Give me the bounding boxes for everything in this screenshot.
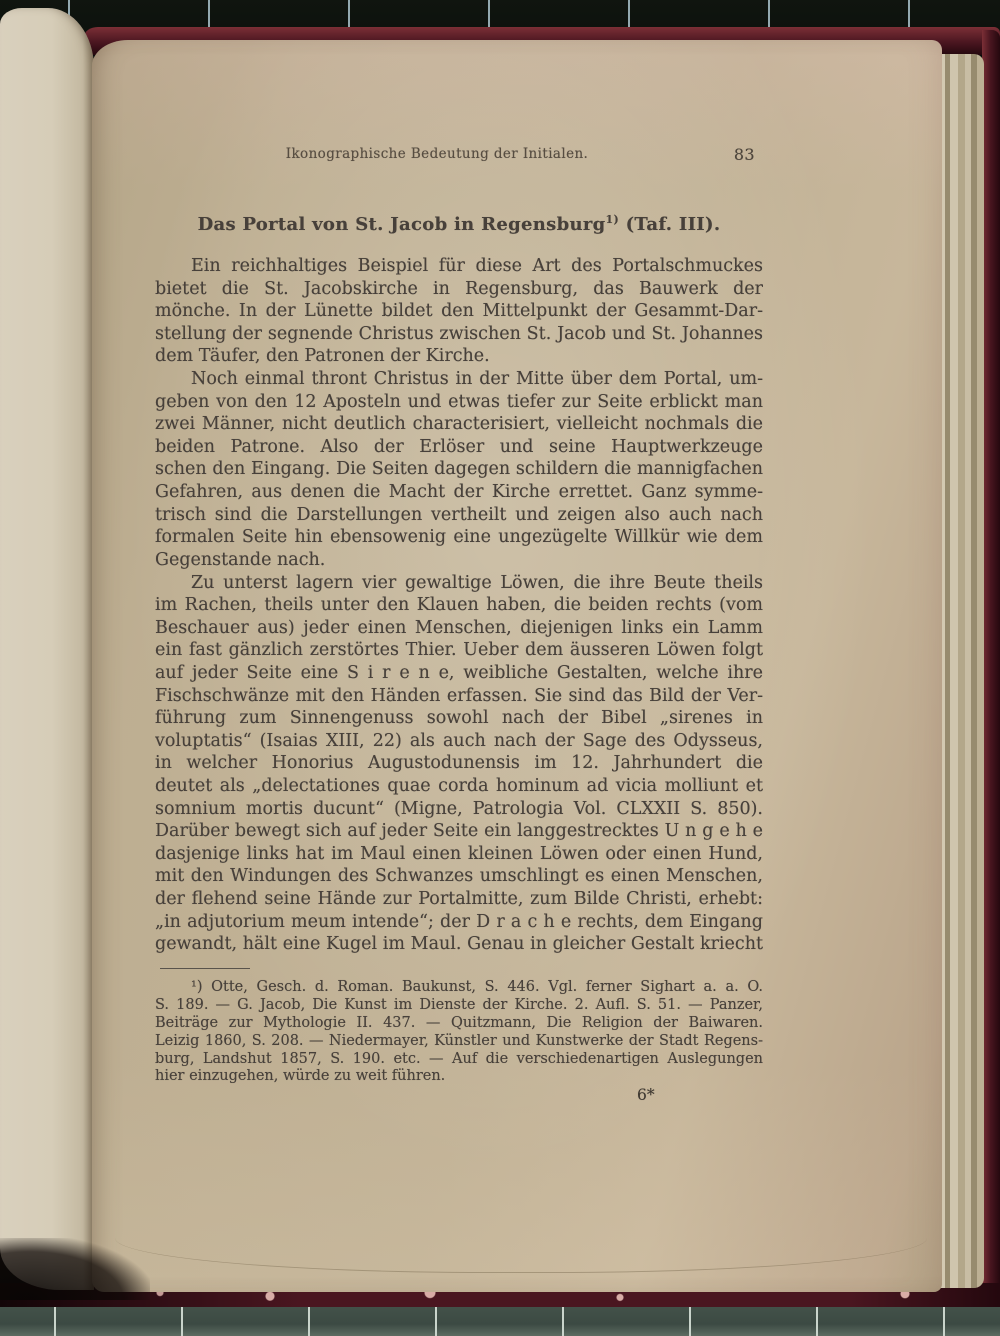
text-line: mit den Windungen des Schwanzes umschlin…: [155, 865, 763, 888]
signature-mark: 6*: [637, 1086, 655, 1104]
bottom-left-shadow: [0, 1238, 150, 1300]
printed-text: Ikonographische Bedeutung der Initialen.…: [155, 0, 763, 1336]
footnote-marker: 1): [606, 213, 619, 226]
text-line: hier einzugehen, würde zu weit führen.: [155, 1068, 763, 1086]
text-line: somnium mortis ducunt“ (Migne, Patrologi…: [155, 798, 763, 821]
text-line: zwei Männer, nicht deutlich characterisi…: [155, 413, 763, 436]
book-cover-right-edge: [982, 30, 1000, 1302]
text-line: Darüber bewegt sich auf jeder Seite ein …: [155, 820, 763, 843]
text-line: S. 189. — G. Jacob, Die Kunst im Dienste…: [155, 997, 763, 1015]
text-line: gewandt, hält eine Kugel im Maul. Genau …: [155, 933, 763, 956]
section-title-tail: (Taf. III).: [619, 214, 720, 235]
footnote-text: ¹) Otte, Gesch. d. Roman. Baukunst, S. 4…: [155, 979, 763, 1086]
text-line: beiden Patrone. Also der Erlöser und sei…: [155, 436, 763, 459]
text-line: stellung der segnende Christus zwischen …: [155, 323, 763, 346]
text-line: Noch einmal thront Christus in der Mitte…: [155, 368, 763, 391]
text-line: Zu unterst lagern vier gewaltige Löwen, …: [155, 572, 763, 595]
text-line: Beiträge zur Mythologie II. 437. — Quitz…: [155, 1015, 763, 1033]
text-line: Leizig 1860, S. 208. — Niedermayer, Küns…: [155, 1033, 763, 1051]
text-line: dasjenige links hat im Maul einen kleine…: [155, 843, 763, 866]
facing-page: [0, 8, 94, 1290]
text-line: mönche. In der Lünette bildet den Mittel…: [155, 300, 763, 323]
text-line: „in adjutorium meum intende“; der D r a …: [155, 911, 763, 934]
text-line: geben von den 12 Aposteln und etwas tief…: [155, 391, 763, 414]
text-line: formalen Seite hin ebensowenig eine unge…: [155, 526, 763, 549]
book-photo: Ikonographische Bedeutung der Initialen.…: [0, 0, 1000, 1336]
text-line: der flehend seine Hände zur Portalmitte,…: [155, 888, 763, 911]
text-line: bietet die St. Jacobskirche in Regensbur…: [155, 278, 763, 301]
text-line: burg, Landshut 1857, S. 190. etc. — Auf …: [155, 1051, 763, 1069]
section-title-text: Das Portal von St. Jacob in Regensburg: [198, 214, 606, 235]
text-line: trisch sind die Darstellungen vertheilt …: [155, 504, 763, 527]
text-line: Gegenstande nach.: [155, 549, 763, 572]
text-line: Gefahren, aus denen die Macht der Kirche…: [155, 481, 763, 504]
text-line: in welcher Honorius Augustodunensis im 1…: [155, 752, 763, 775]
text-line: dem Täufer, den Patronen der Kirche.: [155, 345, 763, 368]
page-edge-stack: [938, 54, 984, 1288]
text-line: voluptatis“ (Isaias XIII, 22) als auch n…: [155, 730, 763, 753]
running-head: Ikonographische Bedeutung der Initialen.…: [155, 146, 763, 168]
page-number: 83: [734, 145, 755, 164]
text-line: im Rachen, theils unter den Klauen haben…: [155, 594, 763, 617]
text-line: ein fast gänzlich zerstörtes Thier. Uebe…: [155, 639, 763, 662]
section-title: Das Portal von St. Jacob in Regensburg1)…: [155, 214, 763, 235]
text-line: ¹) Otte, Gesch. d. Roman. Baukunst, S. 4…: [155, 979, 763, 997]
text-line: Fischschwänze mit den Händen erfassen. S…: [155, 685, 763, 708]
text-line: schen den Eingang. Die Seiten dagegen sc…: [155, 458, 763, 481]
body-text: Ein reichhaltiges Beispiel für diese Art…: [155, 255, 763, 956]
text-line: Beschauer aus) jeder einen Menschen, die…: [155, 617, 763, 640]
text-line: führung zum Sinnengenuss sowohl nach der…: [155, 707, 763, 730]
text-line: auf jeder Seite eine S i r e n e, weibli…: [155, 662, 763, 685]
text-line: Ein reichhaltiges Beispiel für diese Art…: [155, 255, 763, 278]
footnote-rule: [160, 968, 250, 969]
running-title: Ikonographische Bedeutung der Initialen.: [133, 146, 741, 162]
text-line: deutet als „delectationes quae corda hom…: [155, 775, 763, 798]
